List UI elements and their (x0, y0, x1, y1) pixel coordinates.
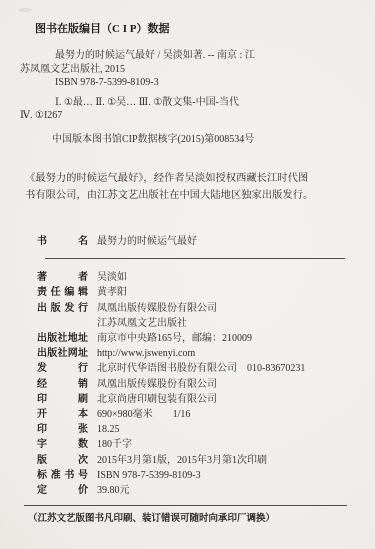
separator-rule-bottom (24, 505, 347, 506)
colophon-row: 标准书号 ISBN 978-7-5399-8109-3 (37, 468, 345, 483)
footer-note: （江苏文艺版图书凡印刷、装订错误可随时向承印厂调换） (20, 513, 347, 526)
colophon-row: 印张 18.25 (37, 422, 345, 437)
cip-entry-block: 最努力的时候运气最好 / 吴淡如著. -- 南京 : 江 苏凤凰文艺出版社, 2… (20, 49, 347, 90)
colophon-value-line: 2015年3月第1版，2015年3月第1次印刷 (97, 453, 345, 468)
colophon-row-value: 180千字 (97, 437, 345, 452)
colophon-value-line: 江苏凤凰文艺出版社 (97, 316, 345, 331)
colophon-row-label: 出版发行 (37, 301, 88, 331)
colophon-value-line: 吴淡如 (97, 270, 345, 285)
colophon-value-line: 690×980毫米 1/16 (97, 407, 345, 422)
colophon-row-label: 发行 (37, 361, 88, 376)
colophon-row-label: 定价 (37, 483, 88, 498)
scanned-copyright-page: 图书在版编目（C I P）数据 最努力的时候运气最好 / 吴淡如著. -- 南京… (0, 0, 375, 549)
colophon-row-label: 经销 (37, 377, 88, 392)
colophon-row-value: 南京市中央路165号，邮编：210009 (97, 331, 345, 346)
page-content: 图书在版编目（C I P）数据 最努力的时候运气最好 / 吴淡如著. -- 南京… (0, 0, 375, 526)
colophon-row: 出版社网址 http://www.jswenyi.com (37, 346, 345, 361)
colophon-value-line: 18.25 (97, 422, 345, 437)
book-title-label: 书名 (37, 234, 88, 249)
colophon-rows: 著者 吴淡如 责任编辑 黄孝阳 出版发行 凤凰出版传媒股份有限公司江苏凤凰文艺出… (37, 270, 345, 498)
colophon-row-label: 字数 (37, 437, 88, 452)
book-title-value: 最努力的时候运气最好 (97, 234, 345, 249)
colophon-row: 字数 180千字 (37, 437, 345, 452)
cip-entry-line1: 最努力的时候运气最好 / 吴淡如著. -- 南京 : 江 (20, 49, 347, 63)
colophon-row-label: 标准书号 (37, 468, 88, 483)
colophon-value-line: 凤凰出版传媒股份有限公司 (97, 377, 345, 392)
colophon-value-line: http://www.jswenyi.com (97, 346, 345, 361)
license-line1: 《最努力的时候运气最好》，经作者吴淡如授权西藏长江时代图 (25, 170, 341, 187)
colophon-value-line: 39.80元 (97, 483, 345, 498)
colophon-row-value: 吴淡如 (97, 270, 345, 285)
license-line2: 书有限公司，由江苏文艺出版社在中国大陆地区独家出版发行。 (25, 187, 341, 204)
cip-entry-line2: 苏凤凰文艺出版社, 2015 (20, 63, 347, 77)
isbn-line: ISBN 978-7-5399-8109-3 (20, 76, 347, 90)
colophon-row-value: 690×980毫米 1/16 (97, 407, 345, 422)
colophon-row: 印刷 北京尚唐印刷包装有限公司 (37, 392, 345, 407)
colophon-row-value: ISBN 978-7-5399-8109-3 (97, 468, 345, 483)
colophon-row-value: 北京尚唐印刷包装有限公司 (97, 392, 345, 407)
colophon-row: 出版社地址 南京市中央路165号，邮编：210009 (37, 331, 345, 346)
colophon-row: 著者 吴淡如 (37, 270, 345, 285)
colophon-row: 发行 北京时代华语图书股份有限公司 010-83670231 (37, 361, 345, 376)
colophon-row-value: 北京时代华语图书股份有限公司 010-83670231 (97, 361, 345, 376)
colophon-row-label: 出版社网址 (37, 346, 88, 361)
colophon-table: 书名 最努力的时候运气最好 著者 吴淡如 责任编辑 黄孝阳 出版发行 凤凰出版传… (20, 234, 347, 498)
colophon-value-line: 北京时代华语图书股份有限公司 010-83670231 (97, 361, 345, 376)
classification-line1: Ⅰ. ①最… Ⅱ. ①吴… Ⅲ. ①散文集-中国-当代 (20, 96, 347, 110)
separator-rule-top (45, 258, 345, 259)
colophon-row: 版次 2015年3月第1版，2015年3月第1次印刷 (37, 453, 345, 468)
colophon-value-line: 凤凰出版传媒股份有限公司 (97, 301, 345, 316)
colophon-row-value: 凤凰出版传媒股份有限公司江苏凤凰文艺出版社 (97, 301, 345, 331)
colophon-value-line: 南京市中央路165号，邮编：210009 (97, 331, 345, 346)
colophon-row-value: 凤凰出版传媒股份有限公司 (97, 377, 345, 392)
colophon-row-value: http://www.jswenyi.com (97, 346, 345, 361)
colophon-row-label: 版次 (37, 453, 88, 468)
colophon-row-value: 39.80元 (97, 483, 345, 498)
colophon-row-label: 开本 (37, 407, 88, 422)
colophon-row: 责任编辑 黄孝阳 (37, 285, 345, 300)
cip-record-number: 中国版本图书馆CIP数据核字(2015)第008534号 (20, 133, 347, 147)
colophon-row-label: 印刷 (37, 392, 88, 407)
colophon-row-label: 印张 (37, 422, 88, 437)
colophon-row: 出版发行 凤凰出版传媒股份有限公司江苏凤凰文艺出版社 (37, 301, 345, 331)
colophon-row-value: 黄孝阳 (97, 285, 345, 300)
colophon-row-label: 著者 (37, 270, 88, 285)
license-paragraph: 《最努力的时候运气最好》，经作者吴淡如授权西藏长江时代图 书有限公司，由江苏文艺… (20, 170, 347, 204)
colophon-row-label: 出版社地址 (37, 331, 88, 346)
colophon-row: 开本 690×980毫米 1/16 (37, 407, 345, 422)
colophon-row-value: 2015年3月第1版，2015年3月第1次印刷 (97, 453, 345, 468)
cip-classification-block: Ⅰ. ①最… Ⅱ. ①吴… Ⅲ. ①散文集-中国-当代 Ⅳ. ①I267 (20, 96, 347, 123)
colophon-row-label: 责任编辑 (37, 285, 88, 300)
colophon-value-line: 180千字 (97, 437, 345, 452)
colophon-row: 定价 39.80元 (37, 483, 345, 498)
colophon-value-line: 黄孝阳 (97, 285, 345, 300)
cip-header: 图书在版编目（C I P）数据 (20, 23, 347, 35)
colophon-row-value: 18.25 (97, 422, 345, 437)
book-title-row: 书名 最努力的时候运气最好 (37, 234, 345, 249)
classification-line2: Ⅳ. ①I267 (20, 109, 347, 123)
scan-artifact (18, 8, 32, 12)
colophon-row: 经销 凤凰出版传媒股份有限公司 (37, 377, 345, 392)
colophon-value-line: ISBN 978-7-5399-8109-3 (97, 468, 345, 483)
colophon-value-line: 北京尚唐印刷包装有限公司 (97, 392, 345, 407)
